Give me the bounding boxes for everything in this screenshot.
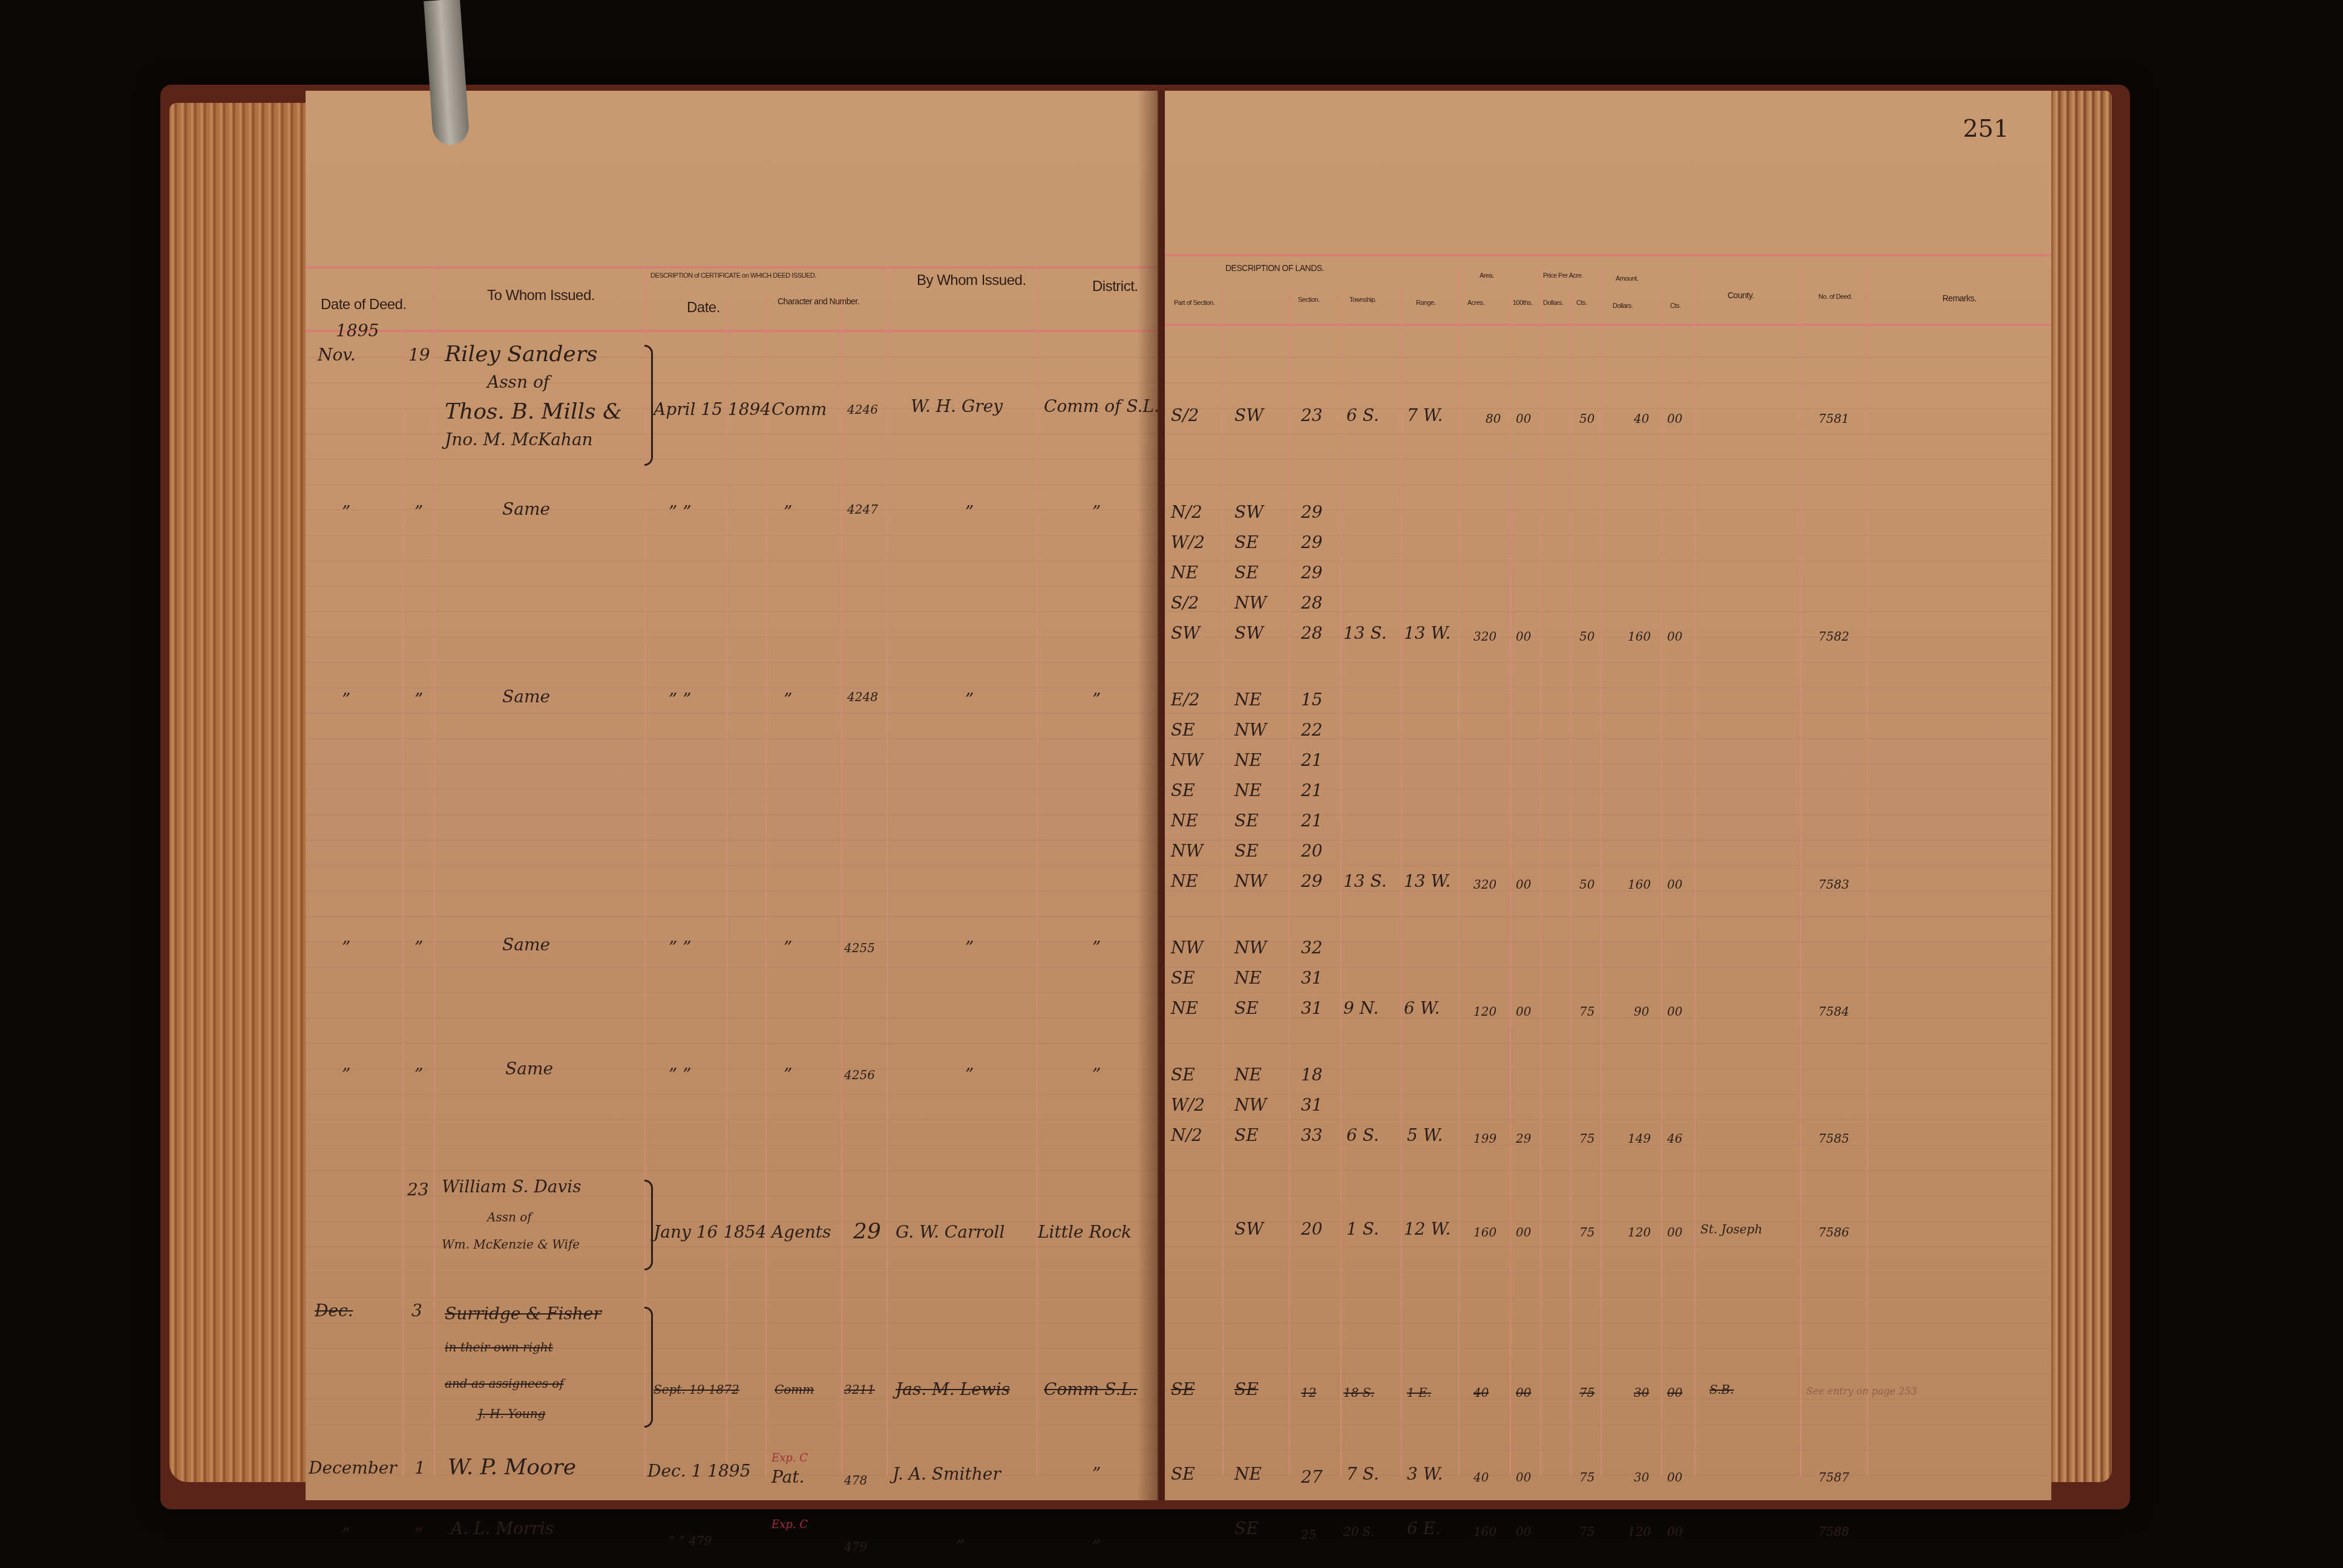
land-amount-dollars: 120: [1628, 1225, 1651, 1240]
entry-by-whom: ”: [956, 1537, 965, 1557]
header-price-group: Price Per Acre.: [1543, 272, 1583, 279]
entry-month: Nov.: [318, 345, 356, 365]
land-price-cents: 75: [1579, 1470, 1594, 1485]
land-section: 21: [1301, 780, 1323, 800]
col-divider: [434, 266, 435, 1476]
entry-cert-date: ” ”: [669, 1065, 692, 1085]
col-divider: [765, 296, 767, 1476]
land-part: SE: [1171, 968, 1195, 988]
header-area-group: Area.: [1480, 272, 1494, 279]
col-divider: [1458, 266, 1460, 1476]
land-part: NW: [1171, 841, 1203, 861]
land-amount-dollars: 30: [1634, 1470, 1649, 1485]
entry-district: ”: [1092, 1065, 1101, 1085]
land-part: W/2: [1171, 532, 1205, 552]
land-amount-dollars: 160: [1628, 877, 1651, 892]
land-price-cents: 50: [1579, 411, 1594, 426]
ruled-lines: [1165, 333, 2051, 1476]
land-quarter: SW: [1234, 623, 1263, 643]
entry-cert-character: ”: [784, 1065, 792, 1085]
col-divider: [1510, 290, 1511, 1476]
land-township: 6 S.: [1346, 405, 1379, 425]
land-quarter: SE: [1234, 532, 1259, 552]
col-divider: [1540, 266, 1541, 1476]
land-amount-dollars: 40: [1634, 411, 1649, 426]
header-part-of-section: Part of Section.: [1174, 299, 1214, 307]
entry-grantee: Assn of: [487, 1210, 532, 1224]
land-amount-cents: 00: [1667, 1470, 1682, 1485]
header-lands-group: DESCRIPTION OF LANDS.: [1225, 263, 1324, 273]
land-amount-dollars: 90: [1634, 1004, 1649, 1019]
col-divider: [1289, 290, 1290, 1476]
land-acres: 120: [1473, 1004, 1496, 1019]
land-deed-no: 7581: [1818, 411, 1849, 426]
entry-grantee: J. H. Young: [478, 1406, 545, 1421]
col-divider: [886, 266, 888, 1476]
entry-by-whom: ”: [965, 938, 974, 958]
land-part: N/2: [1171, 1125, 1202, 1145]
entry-cert-number: 479: [844, 1540, 867, 1554]
entry-month: ”: [342, 938, 350, 958]
land-deed-no: 7588: [1818, 1524, 1849, 1539]
entry-day: ”: [415, 690, 423, 710]
entry-cert-character: ”: [784, 690, 792, 710]
entry-grantee: Riley Sanders: [445, 342, 598, 367]
land-part: SE: [1171, 720, 1195, 740]
land-deed-no: 7587: [1818, 1470, 1849, 1485]
land-part: SE: [1171, 1464, 1195, 1484]
entry-cert-character: Agents: [772, 1222, 831, 1242]
entry-by-whom: Jas. M. Lewis: [896, 1379, 1010, 1399]
entry-district: ”: [1092, 1537, 1101, 1557]
land-quarter: NW: [1234, 938, 1267, 958]
land-hundredths: 00: [1516, 411, 1531, 426]
entry-cert-date: Dec. 1 1895: [647, 1461, 750, 1481]
land-part: W/2: [1171, 1095, 1205, 1115]
col-divider: [1800, 266, 1801, 1476]
col-divider: [1037, 266, 1038, 1476]
col-divider: [1401, 290, 1402, 1476]
entry-cert-date: ” ” 479: [669, 1534, 712, 1548]
land-deed-no: 7585: [1818, 1131, 1849, 1146]
land-range: 12 W.: [1404, 1219, 1450, 1239]
land-hundredths: 00: [1516, 1385, 1531, 1400]
land-acres: 40: [1473, 1385, 1489, 1400]
col-divider: [1222, 290, 1224, 1476]
entry-cert-date: Jany 16 1854: [654, 1222, 766, 1242]
land-part: N/2: [1171, 502, 1202, 522]
land-price-cents: 50: [1579, 629, 1594, 644]
entry-month: December: [309, 1458, 397, 1478]
entry-district: Comm S.L.: [1044, 1379, 1138, 1399]
entry-day: 19: [408, 345, 430, 365]
land-quarter: NE: [1234, 1464, 1262, 1484]
land-township: 7 S.: [1346, 1464, 1379, 1484]
land-acres: 40: [1473, 1470, 1489, 1485]
header-acres: Acres.: [1467, 299, 1484, 307]
entry-by-whom: ”: [965, 502, 974, 522]
land-hundredths: 00: [1516, 629, 1531, 644]
land-amount-cents: 00: [1667, 1225, 1682, 1240]
page-edges-left: [169, 103, 315, 1482]
land-part: NE: [1171, 871, 1198, 891]
col-divider: [1570, 290, 1571, 1476]
land-quarter: SE: [1234, 563, 1259, 583]
land-section: 27: [1301, 1467, 1323, 1487]
entry-day: 1: [415, 1458, 425, 1478]
land-hundredths: 00: [1516, 877, 1531, 892]
land-part: E/2: [1171, 690, 1200, 710]
entry-cert-character: ”: [784, 938, 792, 958]
col-divider: [1340, 290, 1342, 1476]
land-range: 1 E.: [1407, 1385, 1431, 1400]
entry-month: Dec.: [315, 1301, 353, 1321]
land-amount-cents: 00: [1667, 629, 1682, 644]
entry-district: ”: [1092, 1464, 1101, 1484]
land-section: 21: [1301, 811, 1323, 831]
land-county: S.B.: [1709, 1382, 1734, 1397]
header-remarks: Remarks.: [1942, 293, 1976, 303]
entry-month: ”: [342, 502, 350, 522]
land-township: 18 S.: [1343, 1385, 1374, 1400]
entry-cert-date: Sept. 19 1872: [654, 1382, 739, 1397]
entry-grantee: A. L. Morris: [451, 1518, 554, 1538]
land-amount-dollars: 160: [1628, 629, 1651, 644]
land-range: 13 W.: [1404, 871, 1450, 891]
entry-day: ”: [415, 938, 423, 958]
land-quarter: SE: [1234, 841, 1259, 861]
land-township: 13 S.: [1343, 871, 1387, 891]
header-range: Range.: [1416, 299, 1435, 307]
land-section: 12: [1301, 1385, 1316, 1400]
land-amount-cents: 00: [1667, 1385, 1682, 1400]
land-acres: 320: [1473, 629, 1496, 644]
land-quarter: SE: [1234, 1125, 1259, 1145]
entry-cert-character: Comm: [775, 1382, 814, 1397]
land-section: 29: [1301, 563, 1323, 583]
entry-grantee: Assn of: [487, 372, 549, 392]
land-section: 31: [1301, 1095, 1323, 1115]
entry-grantee: Thos. B. Mills &: [445, 399, 622, 424]
land-acres: 80: [1486, 411, 1501, 426]
right-page: 251 DESCRIPTION OF LANDS. Part of Sectio…: [1165, 91, 2051, 1500]
land-quarter: NE: [1234, 690, 1262, 710]
entry-by-whom: J. A. Smither: [893, 1464, 1001, 1484]
brace: [644, 1180, 653, 1270]
header-certificate-group: DESCRIPTION of CERTIFICATE on WHICH DEED…: [650, 272, 816, 279]
land-range: 7 W.: [1407, 405, 1443, 425]
entry-district: Little Rock: [1038, 1222, 1132, 1242]
entry-cert-character: Pat.: [772, 1467, 804, 1487]
land-quarter: NW: [1234, 871, 1267, 891]
land-section: 23: [1301, 405, 1323, 425]
land-township: 1 S.: [1346, 1219, 1379, 1239]
land-quarter: NE: [1234, 1065, 1262, 1085]
header-county: County.: [1728, 290, 1754, 300]
land-quarter: NE: [1234, 780, 1262, 800]
entry-day: ”: [415, 1065, 423, 1085]
entry-day: ”: [415, 502, 423, 522]
land-hundredths: 00: [1516, 1004, 1531, 1019]
entry-cert-number: 4247: [847, 502, 878, 517]
land-range: 6 E.: [1407, 1518, 1441, 1538]
entry-cert-character: Comm: [772, 399, 827, 419]
col-divider: [1661, 290, 1662, 1476]
header-amount-cents: Cts.: [1670, 302, 1681, 310]
entry-grantee: Surridge & Fisher: [445, 1304, 601, 1324]
land-price-cents: 75: [1579, 1524, 1594, 1539]
land-section: 15: [1301, 690, 1323, 710]
entry-by-whom: ”: [965, 690, 974, 710]
header-bottom-rule: [1165, 324, 2051, 326]
header-date-of-deed: Date of Deed.: [321, 296, 407, 313]
entry-grantee: William S. Davis: [442, 1177, 582, 1197]
entry-cert-number: 4248: [847, 690, 878, 704]
land-acres: 320: [1473, 877, 1496, 892]
entry-grantee: W. P. Moore: [448, 1455, 576, 1480]
land-section: 29: [1301, 502, 1323, 522]
land-section: 32: [1301, 938, 1323, 958]
col-divider: [1601, 266, 1602, 1476]
left-page: Date of Deed. To Whom Issued. DESCRIPTIO…: [306, 91, 1159, 1500]
header-district: District.: [1092, 278, 1138, 295]
entry-cert-note: Exp. C: [772, 1452, 808, 1465]
land-part: NE: [1171, 998, 1198, 1018]
land-part: SE: [1171, 780, 1195, 800]
entry-day: ”: [415, 1524, 423, 1544]
land-section: 20: [1301, 1219, 1323, 1239]
land-section: 18: [1301, 1065, 1323, 1085]
entry-cert-number: 4255: [844, 941, 875, 955]
entry-cert-note: Exp. C: [772, 1518, 808, 1531]
land-range: 6 W.: [1404, 998, 1440, 1018]
land-section: 29: [1301, 532, 1323, 552]
land-section: 33: [1301, 1125, 1323, 1145]
land-quarter: SW: [1234, 405, 1263, 425]
land-range: 5 W.: [1407, 1125, 1443, 1145]
entry-grantee: Wm. McKenzie & Wife: [442, 1237, 580, 1252]
land-hundredths: 29: [1516, 1131, 1531, 1146]
land-hundredths: 00: [1516, 1524, 1531, 1539]
land-section: 28: [1301, 593, 1323, 613]
land-amount-dollars: 149: [1628, 1131, 1651, 1146]
land-quarter: NW: [1234, 720, 1267, 740]
page-number: 251: [1963, 115, 2009, 143]
land-township: 13 S.: [1343, 623, 1387, 643]
land-hundredths: 00: [1516, 1225, 1531, 1240]
land-part: S/2: [1171, 405, 1199, 425]
land-quarter: NW: [1234, 1095, 1267, 1115]
entry-cert-date: ” ”: [669, 502, 692, 522]
land-section: 29: [1301, 871, 1323, 891]
land-price-cents: 75: [1579, 1225, 1594, 1240]
land-amount-cents: 00: [1667, 1524, 1682, 1539]
land-amount-cents: 00: [1667, 877, 1682, 892]
land-range: 13 W.: [1404, 623, 1450, 643]
land-part: NW: [1171, 938, 1203, 958]
land-part: SW: [1171, 623, 1200, 643]
header-hundredths: 100ths.: [1513, 299, 1533, 307]
entry-grantee: Jno. M. McKahan: [445, 430, 593, 449]
col-divider: [402, 330, 404, 1476]
brace: [644, 345, 653, 466]
land-township: 20 S.: [1343, 1524, 1374, 1539]
land-part: NE: [1171, 563, 1198, 583]
col-divider: [1694, 266, 1696, 1476]
land-quarter: NW: [1234, 593, 1267, 613]
land-deed-no: 7582: [1818, 629, 1849, 644]
col-divider: [726, 296, 727, 1476]
land-deed-no: 7583: [1818, 877, 1849, 892]
entry-grantee: Same: [502, 499, 550, 519]
land-section: 25: [1301, 1527, 1316, 1542]
entry-district: ”: [1092, 690, 1101, 710]
header-character-number: Character and Number.: [778, 296, 859, 306]
header-by-whom-issued: By Whom Issued.: [917, 272, 1026, 289]
entry-cert-number: 29: [853, 1219, 881, 1244]
header-top-rule: [1165, 254, 2051, 256]
land-amount-cents: 00: [1667, 411, 1682, 426]
land-section: 22: [1301, 720, 1323, 740]
land-part: NE: [1171, 811, 1198, 831]
land-acres: 160: [1473, 1524, 1496, 1539]
entry-grantee: Same: [505, 1059, 553, 1079]
entry-month: ”: [342, 1065, 350, 1085]
entry-grantee: in their own right: [445, 1340, 553, 1354]
land-part: NW: [1171, 750, 1203, 770]
land-deed-no: 7586: [1818, 1225, 1849, 1240]
entry-by-whom: G. W. Carroll: [896, 1222, 1005, 1242]
land-hundredths: 00: [1516, 1470, 1531, 1485]
entry-day: 23: [407, 1180, 429, 1200]
land-quarter: SE: [1234, 1379, 1259, 1399]
land-range: 3 W.: [1407, 1464, 1443, 1484]
entry-cert-date: ” ”: [669, 938, 692, 958]
land-section: 31: [1301, 998, 1323, 1018]
land-price-cents: 75: [1579, 1131, 1594, 1146]
entry-day: 3: [411, 1301, 422, 1321]
entry-by-whom: ”: [965, 1065, 974, 1085]
land-county: St. Joseph: [1700, 1222, 1762, 1236]
col-divider: [1867, 266, 1868, 1476]
land-quarter: SW: [1234, 1219, 1263, 1239]
land-amount-cents: 46: [1667, 1131, 1682, 1146]
land-section: 31: [1301, 968, 1323, 988]
header-amount-dollars: Dollars.: [1613, 302, 1633, 310]
land-township: 9 N.: [1343, 998, 1378, 1018]
header-to-whom-issued: To Whom Issued.: [487, 287, 595, 304]
land-amount-dollars: 30: [1634, 1385, 1649, 1400]
header-township: Township.: [1349, 296, 1376, 304]
entry-district: ”: [1092, 502, 1101, 522]
entry-district: ”: [1092, 938, 1101, 958]
land-quarter: NE: [1234, 968, 1262, 988]
year-note: 1895: [336, 321, 379, 341]
land-quarter: SE: [1234, 998, 1259, 1018]
col-divider: [841, 296, 842, 1476]
land-part: SE: [1171, 1379, 1195, 1399]
land-part: SE: [1171, 1065, 1195, 1085]
entry-by-whom: W. H. Grey: [911, 396, 1003, 416]
land-quarter: SE: [1234, 811, 1259, 831]
land-section: 28: [1301, 623, 1323, 643]
land-quarter: SE: [1234, 1518, 1259, 1538]
entry-cert-number: 4256: [844, 1068, 875, 1082]
entry-month: ”: [342, 1524, 350, 1544]
land-price-cents: 50: [1579, 877, 1594, 892]
entry-cert-character: ”: [784, 502, 792, 522]
land-acres: 160: [1473, 1225, 1496, 1240]
land-price-cents: 75: [1579, 1004, 1594, 1019]
entry-cert-number: 478: [844, 1473, 867, 1488]
land-amount-dollars: 120: [1628, 1524, 1651, 1539]
land-quarter: SW: [1234, 502, 1263, 522]
brace: [644, 1307, 653, 1428]
entry-cert-date: ” ”: [669, 690, 692, 710]
entry-grantee: Same: [502, 935, 550, 955]
land-quarter: NE: [1234, 750, 1262, 770]
entry-month: ”: [342, 690, 350, 710]
land-section: 21: [1301, 750, 1323, 770]
header-price-cents: Cts.: [1576, 299, 1587, 307]
header-cert-date: Date.: [687, 299, 720, 316]
land-township: 6 S.: [1346, 1125, 1379, 1145]
entry-cert-number: 3211: [844, 1382, 875, 1397]
page-edges-right: [2045, 91, 2112, 1482]
land-price-cents: 75: [1579, 1385, 1594, 1400]
land-acres: 199: [1473, 1131, 1496, 1146]
header-no-of-deed: No. of Deed.: [1818, 293, 1852, 301]
land-remarks: See entry on page 253: [1806, 1385, 1917, 1397]
entry-cert-number: 4246: [847, 402, 878, 417]
land-part: S/2: [1171, 593, 1199, 613]
entry-grantee: Same: [502, 687, 550, 707]
land-deed-no: 7584: [1818, 1004, 1849, 1019]
land-amount-cents: 00: [1667, 1004, 1682, 1019]
header-price-dollars: Dollars.: [1543, 299, 1563, 307]
header-section: Section.: [1298, 296, 1320, 304]
entry-grantee: and as assignees of: [445, 1376, 564, 1391]
land-section: 20: [1301, 841, 1323, 861]
header-amount-group: Amount.: [1616, 275, 1638, 283]
entry-cert-date: April 15 1894: [654, 399, 771, 419]
